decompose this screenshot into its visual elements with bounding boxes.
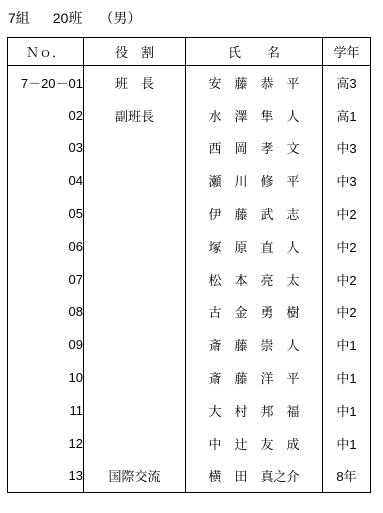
header-no: Ｎｏ．	[8, 38, 84, 66]
table-row: 05 伊 藤 武 志 中2	[8, 197, 371, 230]
member-no: 06	[8, 230, 84, 263]
roster-table: Ｎｏ． 役 割 氏 名 学年 7－20－01 班 長 安 藤 恭 平 高3 02…	[7, 37, 371, 493]
member-name: 瀬 川 修 平	[186, 164, 323, 197]
member-no: 02	[8, 99, 84, 132]
member-name: 安 藤 恭 平	[186, 66, 323, 99]
member-grade: 中3	[323, 164, 371, 197]
table-row: 06 塚 原 直 人 中2	[8, 230, 371, 263]
member-role: 国際交流	[84, 460, 186, 493]
member-role	[84, 427, 186, 460]
member-name: 斎 藤 崇 人	[186, 328, 323, 361]
table-row: 02 副班長 水 澤 隼 人 高1	[8, 99, 371, 132]
member-name: 中 辻 友 成	[186, 427, 323, 460]
member-role	[84, 361, 186, 394]
member-name: 西 岡 孝 文	[186, 132, 323, 165]
member-no: 03	[8, 132, 84, 165]
member-grade: 中2	[323, 296, 371, 329]
header-row: Ｎｏ． 役 割 氏 名 学年	[8, 38, 371, 66]
member-name: 横 田 真之介	[186, 460, 323, 493]
member-grade: 中1	[323, 427, 371, 460]
roster-page: 7組 20班 （男） Ｎｏ． 役 割 氏 名 学年 7－20－01 班 長 安 …	[0, 0, 383, 513]
class-label: 7組	[8, 9, 30, 27]
header-name: 氏 名	[186, 38, 323, 66]
member-no: 07	[8, 263, 84, 296]
table-row: 09 斎 藤 崇 人 中1	[8, 328, 371, 361]
member-role	[84, 164, 186, 197]
table-row: 04 瀬 川 修 平 中3	[8, 164, 371, 197]
table-row: 12 中 辻 友 成 中1	[8, 427, 371, 460]
member-grade: 8年	[323, 460, 371, 493]
member-no: 7－20－01	[8, 66, 84, 99]
header-grade: 学年	[323, 38, 371, 66]
header-role: 役 割	[84, 38, 186, 66]
member-no: 13	[8, 460, 84, 493]
member-grade: 中3	[323, 132, 371, 165]
member-no: 12	[8, 427, 84, 460]
member-name: 松 本 亮 太	[186, 263, 323, 296]
member-grade: 中2	[323, 263, 371, 296]
table-row: 13 国際交流 横 田 真之介 8年	[8, 460, 371, 493]
member-no: 08	[8, 296, 84, 329]
member-name: 斎 藤 洋 平	[186, 361, 323, 394]
member-no: 04	[8, 164, 84, 197]
member-role	[84, 394, 186, 427]
member-role	[84, 296, 186, 329]
member-grade: 中2	[323, 197, 371, 230]
member-role	[84, 197, 186, 230]
table-row: 03 西 岡 孝 文 中3	[8, 132, 371, 165]
member-grade: 中1	[323, 328, 371, 361]
member-grade: 中1	[323, 361, 371, 394]
table-row: 10 斎 藤 洋 平 中1	[8, 361, 371, 394]
member-name: 大 村 邦 福	[186, 394, 323, 427]
table-row: 7－20－01 班 長 安 藤 恭 平 高3	[8, 66, 371, 99]
member-grade: 高3	[323, 66, 371, 99]
member-name: 塚 原 直 人	[186, 230, 323, 263]
member-role	[84, 132, 186, 165]
member-no: 10	[8, 361, 84, 394]
member-name: 水 澤 隼 人	[186, 99, 323, 132]
member-role	[84, 328, 186, 361]
member-grade: 高1	[323, 99, 371, 132]
table-row: 11 大 村 邦 福 中1	[8, 394, 371, 427]
member-role: 副班長	[84, 99, 186, 132]
member-name: 伊 藤 武 志	[186, 197, 323, 230]
table-row: 08 古 金 勇 樹 中2	[8, 296, 371, 329]
member-role: 班 長	[84, 66, 186, 99]
member-no: 05	[8, 197, 84, 230]
member-grade: 中2	[323, 230, 371, 263]
table-row: 07 松 本 亮 太 中2	[8, 263, 371, 296]
member-name: 古 金 勇 樹	[186, 296, 323, 329]
group-label: 20班	[53, 9, 83, 27]
member-grade: 中1	[323, 394, 371, 427]
member-no: 09	[8, 328, 84, 361]
page-title: 7組 20班 （男）	[8, 9, 141, 27]
member-role	[84, 230, 186, 263]
member-role	[84, 263, 186, 296]
member-no: 11	[8, 394, 84, 427]
gender-label: （男）	[99, 9, 141, 27]
